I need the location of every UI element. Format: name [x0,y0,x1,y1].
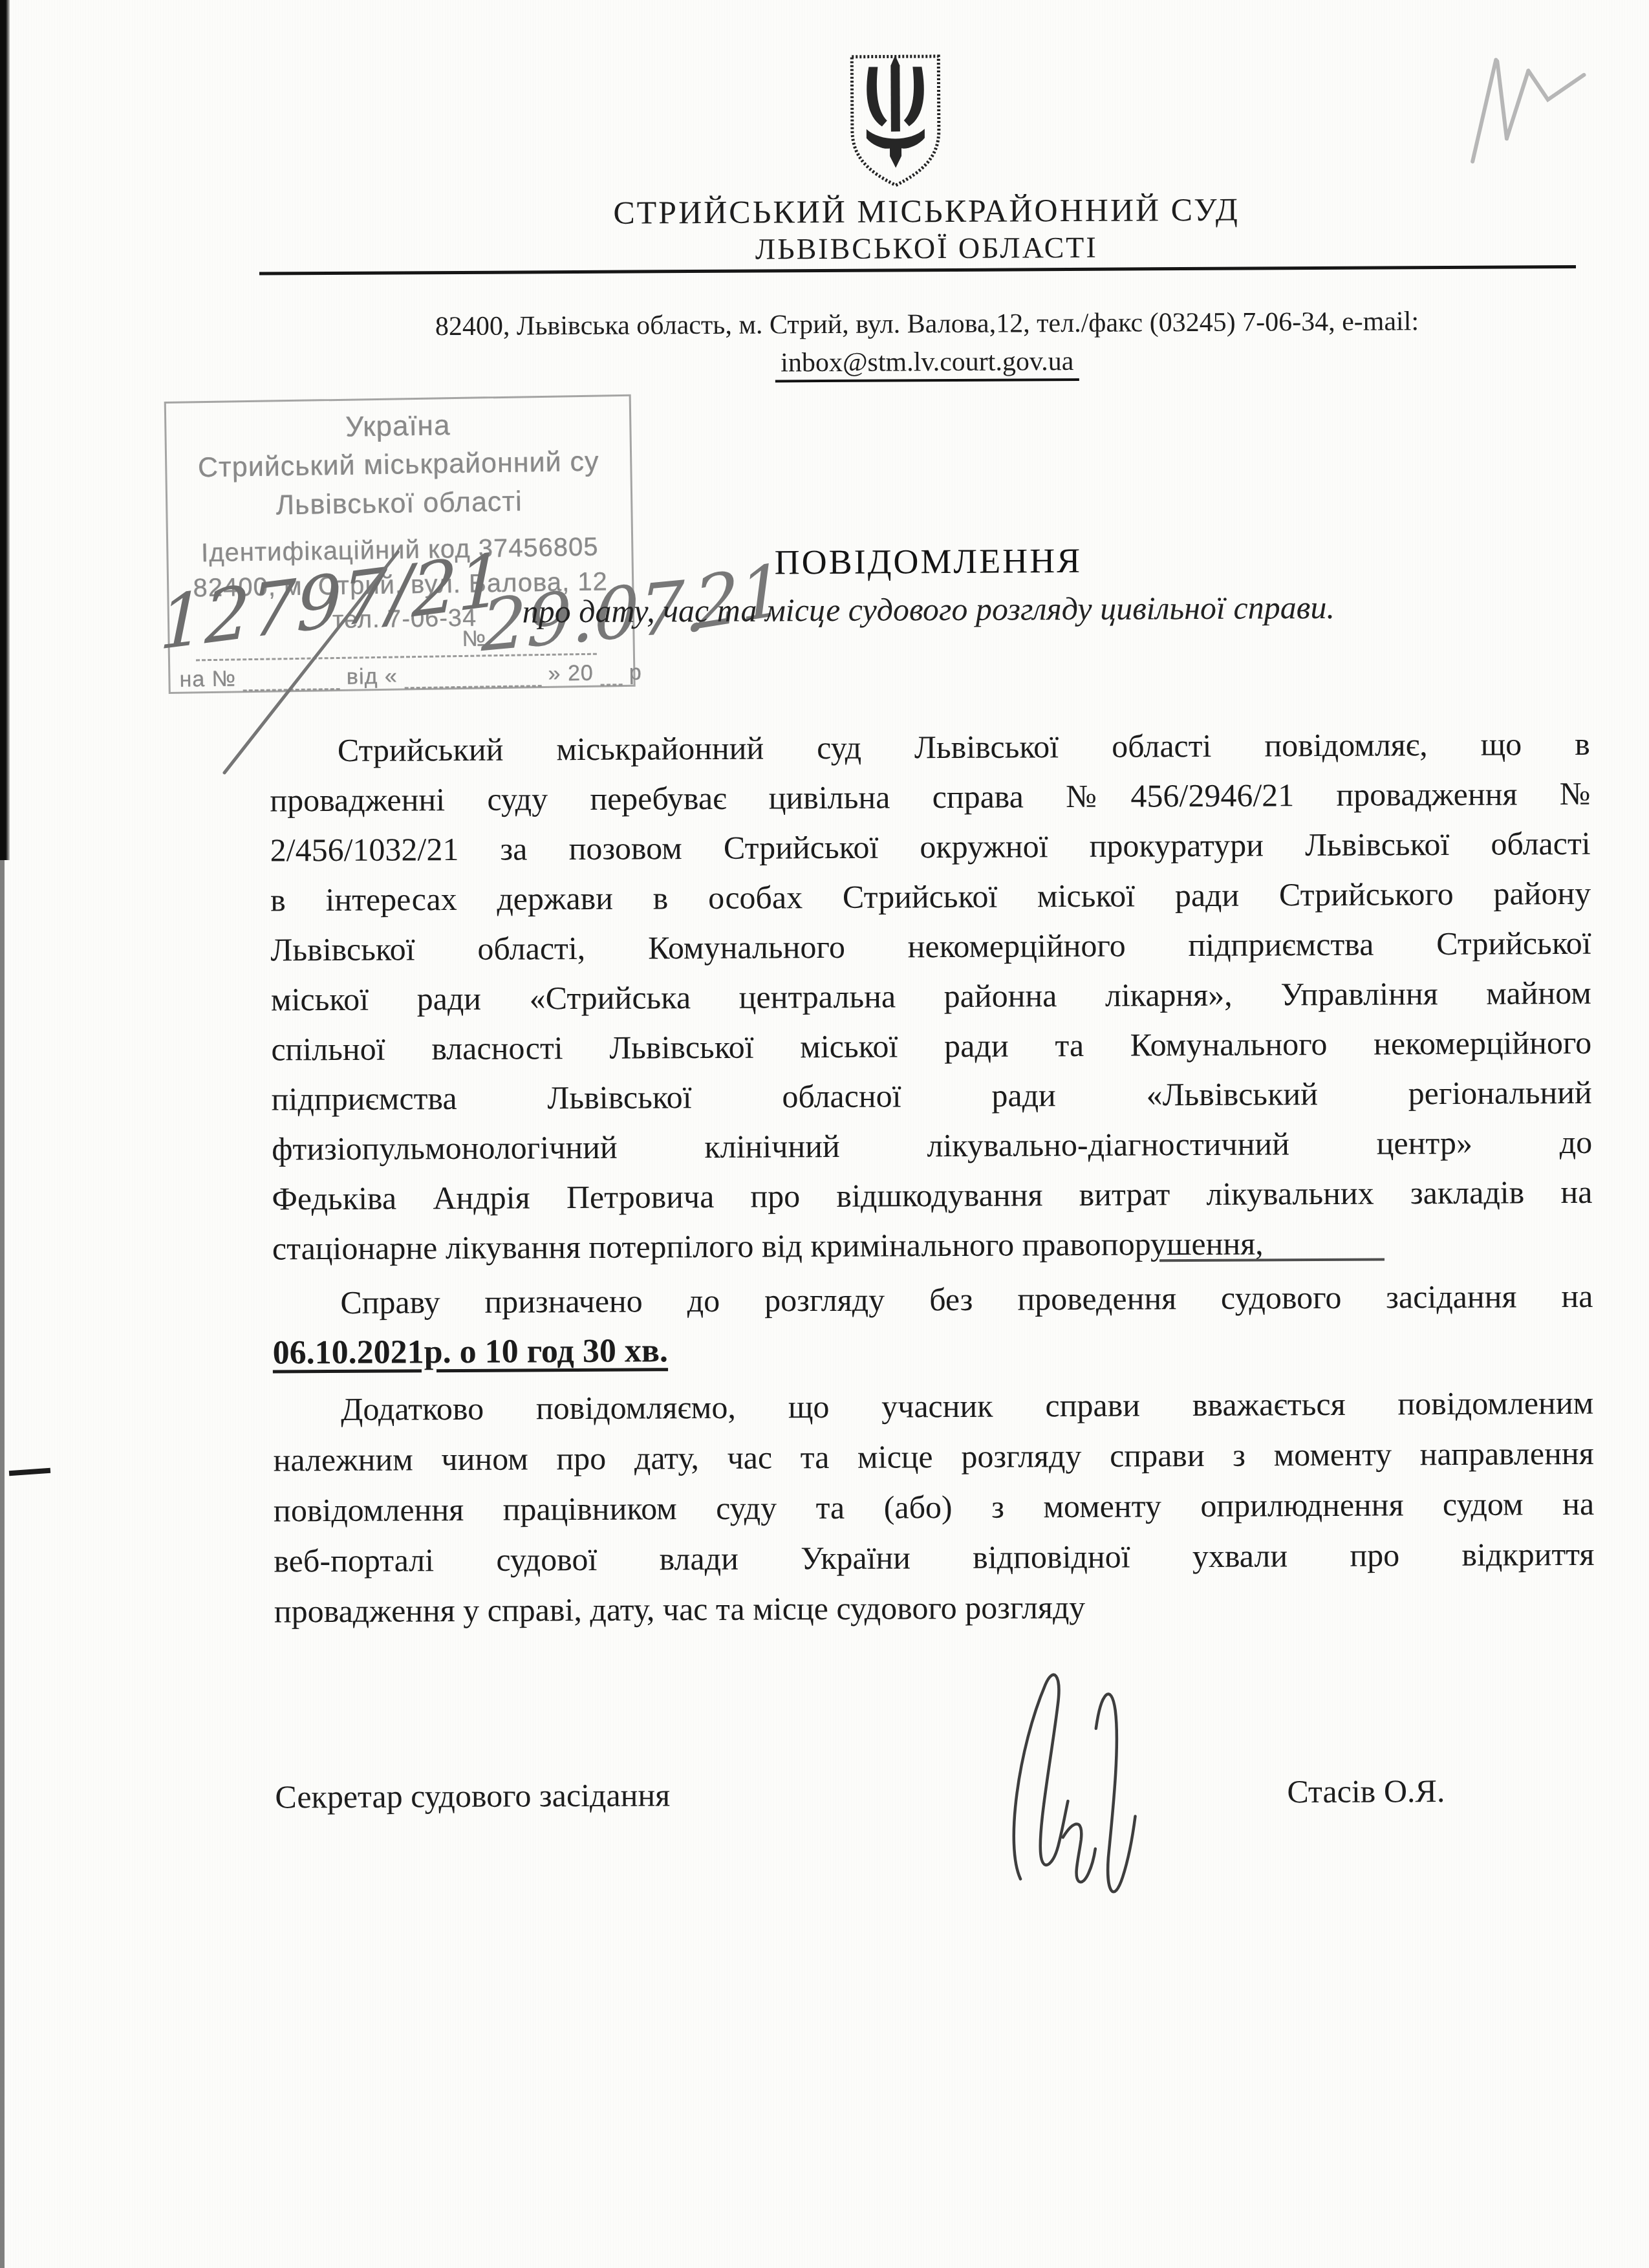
stamp-year-suffix: р [629,660,642,685]
stamp-blank-field [600,660,623,686]
body-paragraph-2: Справу призначено до розгляду без провед… [272,1271,1593,1378]
body-line: Справу призначено до розгляду без провед… [272,1271,1593,1328]
document-content: СТРИЙСЬКИЙ МІСЬКРАЙОННИЙ СУД ЛЬВІВСЬКОЇ … [0,0,1649,2268]
court-address: 82400, Львівська область, м. Стрий, вул.… [267,305,1586,343]
court-email: inbox@stm.lv.court.gov.ua [268,343,1587,385]
stamp-region: Львівської області [167,484,631,523]
stamp-country: Україна [166,407,630,446]
body-line: фтизіопульмонологічний клінічний лікувал… [272,1118,1592,1174]
court-name-line1: СТРИЙСЬКИЙ МІСЬКРАЙОННИЙ СУД [266,189,1586,233]
body-line: міської ради «Стрийська центральна район… [271,968,1591,1025]
body-line: Стрийський міськрайонний суд Львівської … [270,719,1590,776]
body-paragraph-1: Стрийський міськрайонний суд Львівської … [270,719,1593,1274]
body-line: Львівської області, Комунального некомер… [270,918,1591,975]
ukraine-trident-icon [846,52,944,190]
pencil-mark-icon [1449,41,1618,171]
body-paragraph-3: Додатково повідомляємо, що учасник справ… [273,1377,1595,1637]
body-line: спільної власності Львівської міської ра… [271,1018,1591,1075]
body-line: належним чином про дату, час та місце ро… [273,1428,1593,1485]
hearing-date-line: 06.10.2021р. о 10 год 30 хв. [273,1321,1593,1378]
body-line: повідомлення працівником суду та (або) з… [274,1478,1594,1536]
signatory-role: Секретар судового засідання [275,1776,670,1815]
body-line: Додатково повідомляємо, що учасник справ… [273,1377,1593,1435]
stamp-from-close-label: » 20 [548,661,594,686]
body-line: 2/456/1032/21 за позовом Стрийської окру… [270,819,1590,876]
scanned-court-document: СТРИЙСЬКИЙ МІСЬКРАЙОННИЙ СУД ЛЬВІВСЬКОЇ … [0,0,1649,2268]
body-line: підприємства Львівської обласної ради «Л… [272,1068,1592,1125]
signatory-name: Стасів О.Я. [1287,1772,1445,1810]
stamp-court-name: Стрийський міськрайонний су [167,446,630,484]
stamp-blank-field [404,662,542,689]
body-line: веб-порталі судової влади України відпов… [274,1529,1594,1586]
court-name-line2: ЛЬВІВСЬКОЇ ОБЛАСТІ [267,228,1586,269]
body-line: провадженні суду перебуває цивільна спра… [270,769,1590,826]
body-line: Федьківа Андрія Петровича про відшкодува… [272,1167,1592,1224]
document-subtitle: про дату, час та місце судового розгляду… [269,587,1588,632]
document-title: ПОВІДОМЛЕННЯ [268,538,1588,585]
body-line: провадження у справі, дату, час та місце… [274,1579,1595,1637]
handwritten-signature [986,1650,1220,1923]
body-line: стаціонарне лікування потерпілого від кр… [272,1217,1593,1274]
body-line: в інтересах держави в особах Стрийської … [270,869,1591,925]
